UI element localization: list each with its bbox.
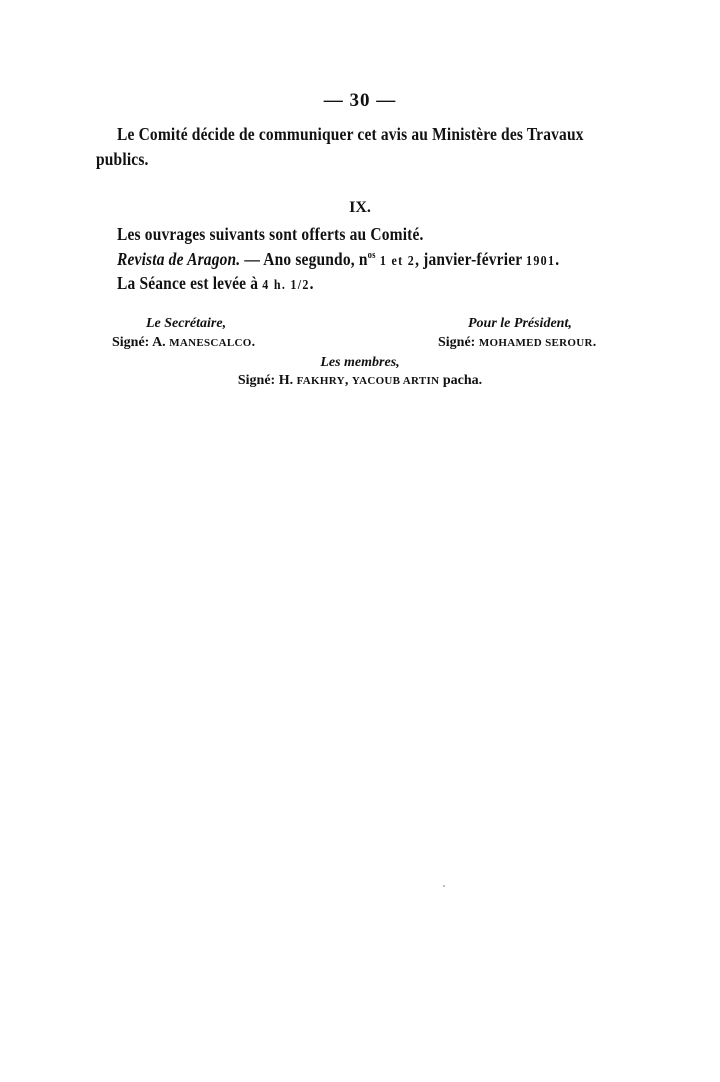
seance-time: 4 h. 1/2 xyxy=(262,278,309,293)
revista-entry: Revista de Aragon. — Ano segundo, nos 1 … xyxy=(117,249,559,270)
seance-end: . xyxy=(310,273,314,293)
paragraph-line: publics. xyxy=(96,149,149,170)
members-title: Les membres, xyxy=(0,355,720,371)
issue-year: 1901 xyxy=(526,254,555,269)
member-suffix: pacha. xyxy=(439,373,482,388)
signature-prefix: Signé: H. xyxy=(238,373,297,388)
issue-date: , janvier-février xyxy=(415,249,526,269)
signature-prefix: Signé: xyxy=(438,335,479,350)
president-name: Mohamed Serour xyxy=(479,337,593,349)
journal-title: Revista de Aragon. xyxy=(117,249,240,269)
paragraph-line: Le Comité décide de communiquer cet avis… xyxy=(117,124,584,145)
members-signature: Signé: H. Fakhry, Yacoub Artin pacha. xyxy=(0,373,720,389)
issue-text: Ano segundo, n xyxy=(263,249,367,269)
name-separator: , xyxy=(345,373,352,388)
section-number: IX. xyxy=(0,199,720,217)
secretary-title: Le Secrétaire, xyxy=(146,316,226,332)
signature-prefix: Signé: A. xyxy=(112,335,169,350)
dash: — xyxy=(240,249,263,269)
signature-end: . xyxy=(593,335,597,350)
president-title: Pour le Président, xyxy=(468,316,572,332)
president-signature: Signé: Mohamed Serour. xyxy=(438,335,596,351)
seance-text: La Séance est levée à xyxy=(117,273,262,293)
document-page: — 30 — Le Comité décide de communiquer c… xyxy=(0,0,720,1082)
page-number: — 30 — xyxy=(0,90,720,112)
member-name-1: Fakhry xyxy=(297,375,345,387)
scan-speck xyxy=(443,885,445,887)
offered-works-line: Les ouvrages suivants sont offerts au Co… xyxy=(117,224,424,245)
issue-numbers: 1 et 2 xyxy=(376,254,415,269)
member-name-2: Yacoub Artin xyxy=(352,375,439,387)
secretary-signature: Signé: A. Manescalco. xyxy=(112,335,255,351)
issue-end: . xyxy=(555,249,559,269)
signature-end: . xyxy=(252,335,256,350)
issue-superscript: os xyxy=(368,250,376,261)
secretary-name: Manescalco xyxy=(169,337,251,349)
seance-closing: La Séance est levée à 4 h. 1/2. xyxy=(117,273,314,294)
